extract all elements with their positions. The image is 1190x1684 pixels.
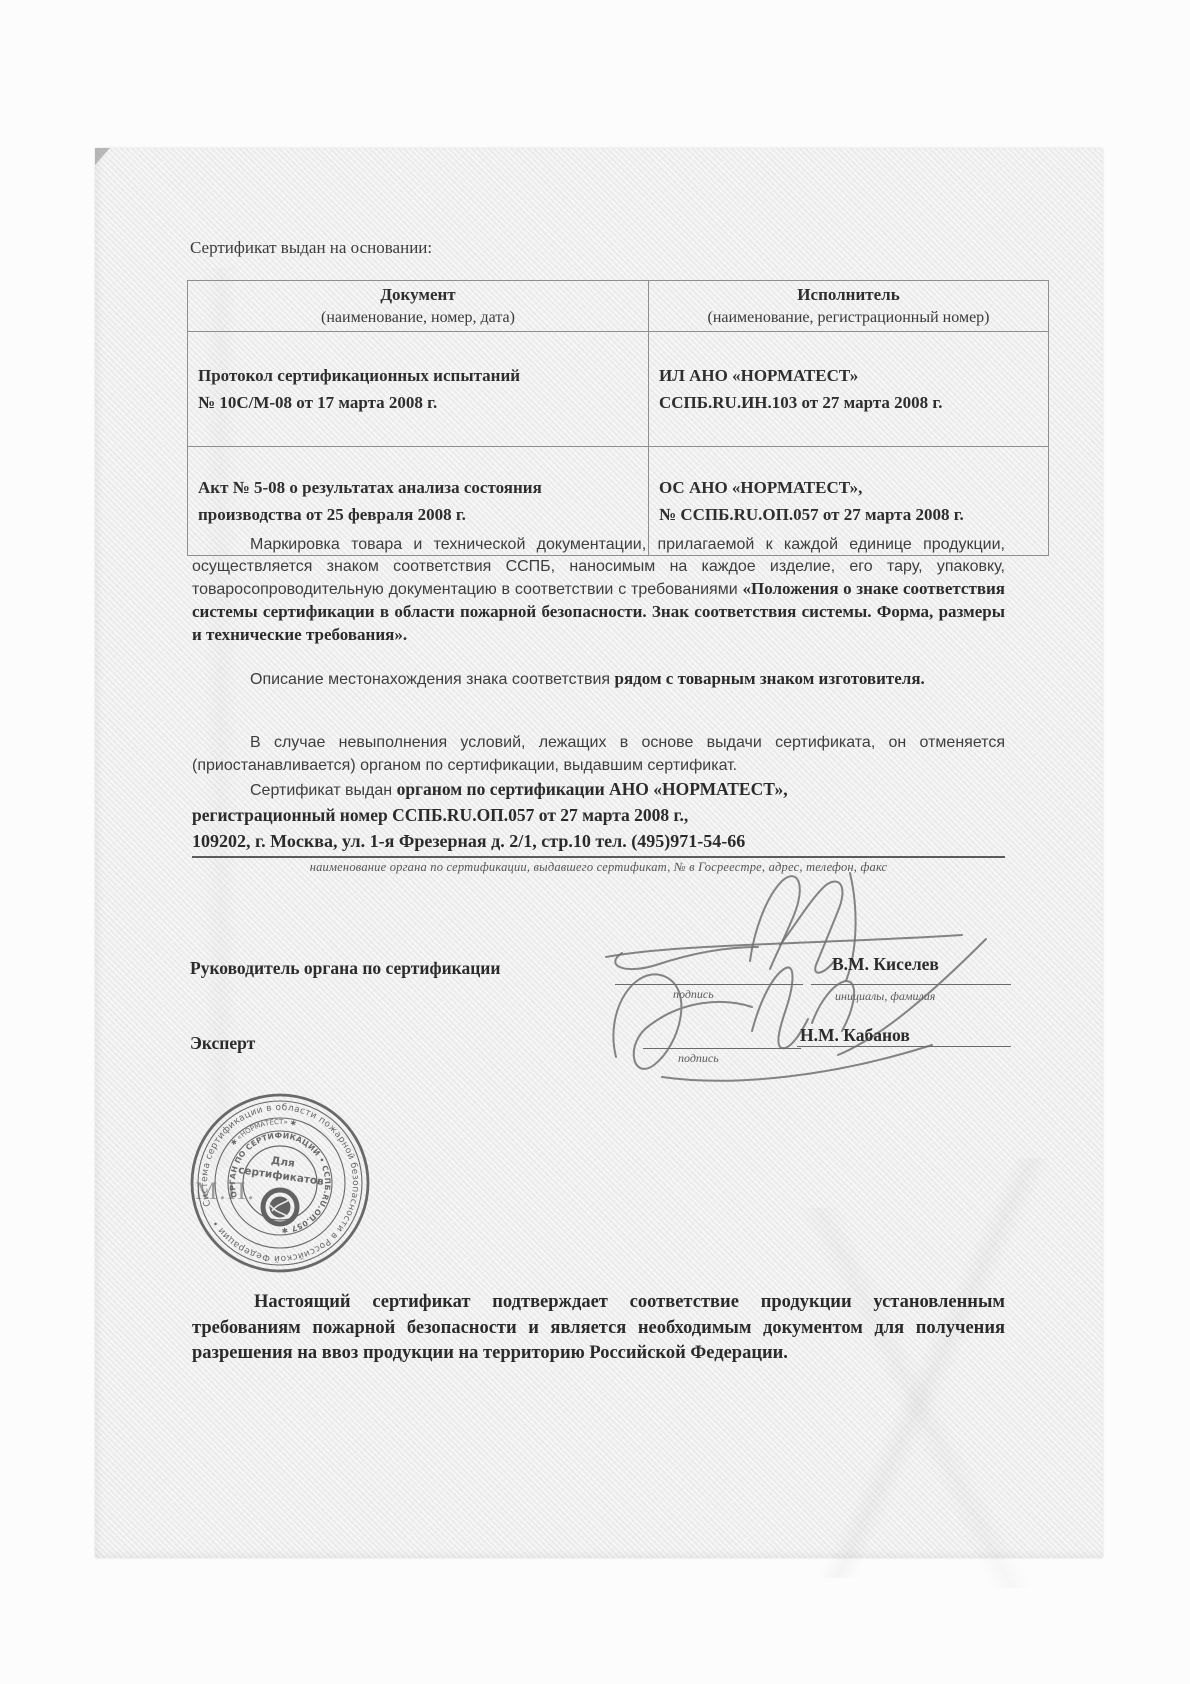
basis-intro-line: Сертификат выдан на основании: (190, 238, 432, 258)
registration-number: регистрационный номер ССПБ.RU.ОП.057 от … (192, 805, 688, 825)
marking-paragraph: Маркировка товара и технической документ… (192, 534, 1005, 647)
name-underline (797, 1046, 1011, 1047)
cell-line: ИЛ АНО «НОРМАТЕСТ» (659, 362, 1040, 389)
expert-name: Н.М. Кабанов (800, 1025, 910, 1046)
basis-header-document: Документ (наименование, номер, дата) (188, 281, 649, 332)
stamp-center-line1: Для (270, 1155, 295, 1170)
paragraph-text: Описание местонахождения знака соответст… (250, 671, 615, 688)
scanned-certificate-page: Сертификат выдан на основании: Документ … (95, 148, 1103, 1558)
signature-underline (643, 1048, 801, 1049)
page-corner-fold (95, 148, 110, 165)
column-subtitle: (наименование, регистрационный номер) (650, 306, 1047, 329)
column-title: Исполнитель (650, 283, 1047, 306)
signature-caption: подпись (678, 1051, 719, 1066)
table-row: Протокол сертификационных испытаний № 10… (188, 332, 1049, 447)
column-title: Документ (189, 283, 647, 306)
issuing-body-block: Сертификат выдан органом по сертификации… (192, 777, 1005, 875)
cell-line: ОС АНО «НОРМАТЕСТ», (659, 474, 1040, 501)
issued-bold-text: органом по сертификации АНО «НОРМАТЕСТ», (397, 779, 788, 799)
column-subtitle: (наименование, номер, дата) (189, 306, 647, 329)
stamp-outer-ring-text: Система сертификации в области пожарной … (180, 1083, 380, 1283)
issued-lead-text: Сертификат выдан (250, 782, 397, 799)
certification-stamp: Система сертификации в области пожарной … (180, 1083, 380, 1283)
final-statement-paragraph: Настоящий сертификат подтверждает соотве… (192, 1290, 1005, 1367)
head-of-body-label: Руководитель органа по сертификации (190, 958, 500, 979)
document-cell: Протокол сертификационных испытаний № 10… (188, 332, 649, 447)
location-paragraph: Описание местонахождения знака соответст… (192, 665, 1005, 694)
issued-line-2: регистрационный номер ССПБ.RU.ОП.057 от … (192, 803, 1005, 828)
stamp-logo (263, 1190, 297, 1224)
paragraph-bold-text: рядом с товарным знаком изготовителя. (615, 669, 925, 688)
basis-table: Документ (наименование, номер, дата) Исп… (187, 280, 1049, 556)
org-address-line: 109202, г. Москва, ул. 1-я Фрезерная д. … (192, 828, 1005, 858)
cell-line: Акт № 5-08 о результатах анализа состоян… (198, 474, 640, 501)
cell-line: ССПБ.RU.ИН.103 от 27 марта 2008 г. (659, 389, 1040, 416)
paper-crease (785, 1158, 1085, 1578)
executor-cell: ИЛ АНО «НОРМАТЕСТ» ССПБ.RU.ИН.103 от 27 … (649, 332, 1049, 447)
cell-line: Протокол сертификационных испытаний (198, 362, 640, 389)
cell-line: № ССПБ.RU.ОП.057 от 27 марта 2008 г. (659, 501, 1040, 528)
basis-header-executor: Исполнитель (наименование, регистрационн… (649, 281, 1049, 332)
expert-signature (600, 925, 995, 1110)
cell-line: производства от 25 февраля 2008 г. (198, 501, 640, 528)
cell-line: № 10С/М-08 от 17 марта 2008 г. (198, 389, 640, 416)
expert-label: Эксперт (190, 1033, 255, 1054)
paper-crease (735, 1208, 1095, 1588)
cancellation-paragraph: В случае невыполнения условий, лежащих в… (192, 731, 1005, 777)
issued-line-1: Сертификат выдан органом по сертификации… (192, 777, 1005, 803)
basis-table-header-row: Документ (наименование, номер, дата) Исп… (188, 281, 1049, 332)
